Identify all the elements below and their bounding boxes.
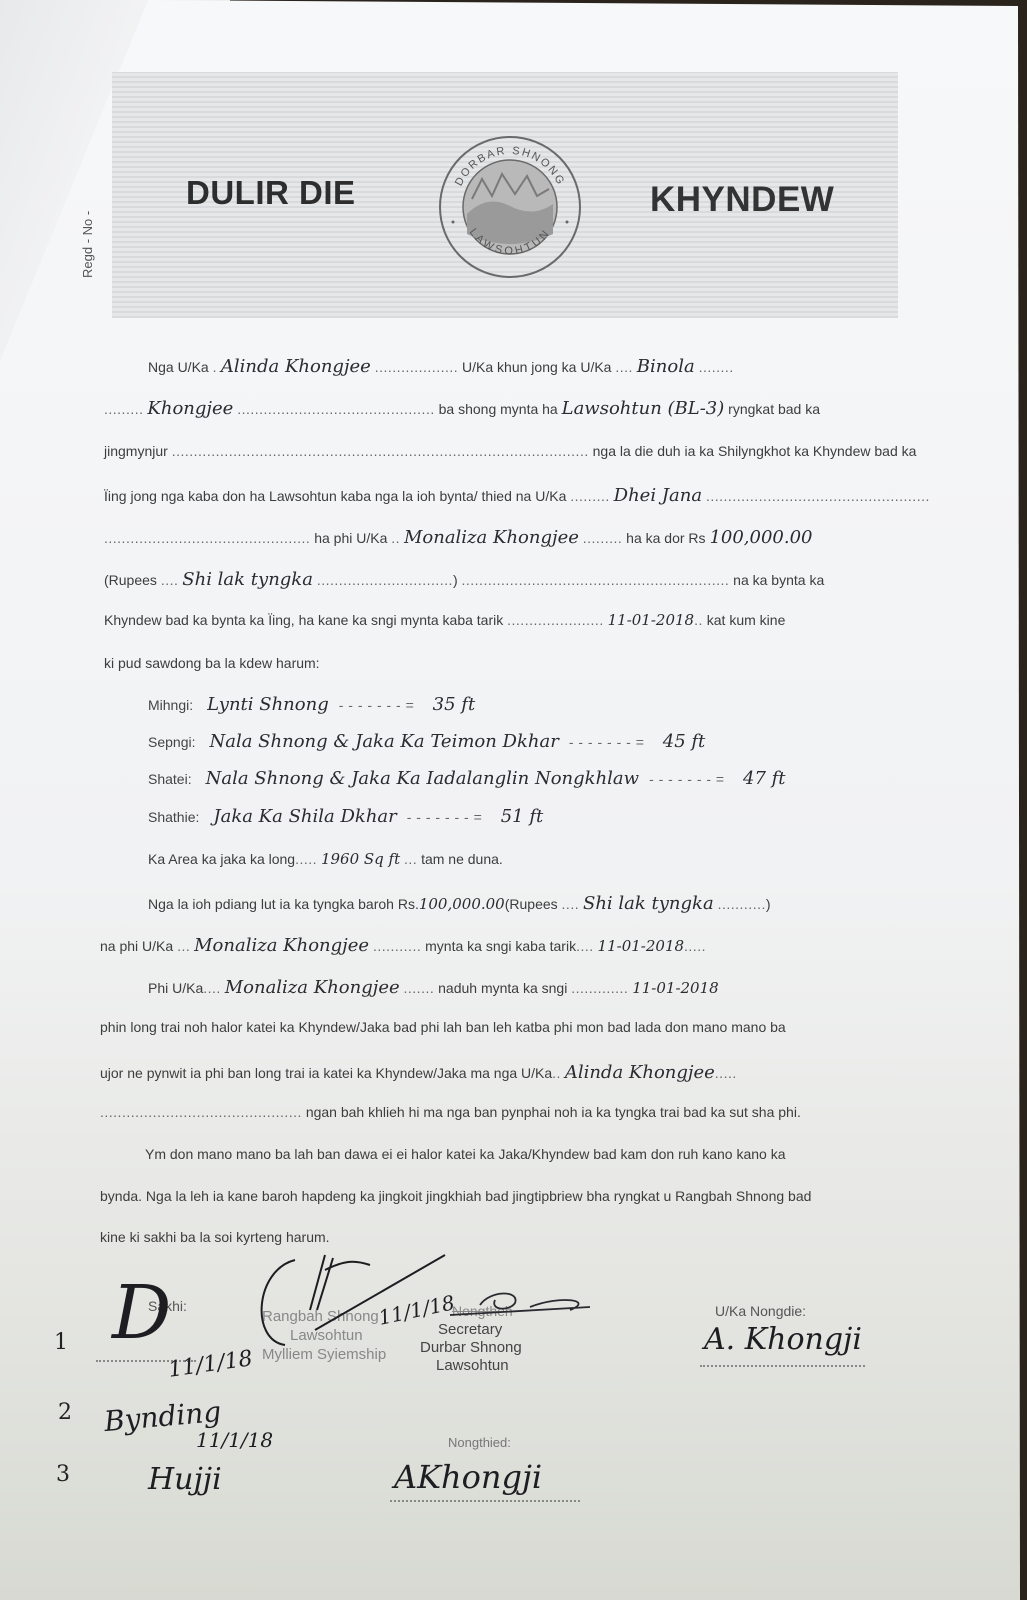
nongthied-label: Nongthied: — [448, 1435, 511, 1450]
amount-field[interactable]: 100,000.00 — [419, 895, 505, 913]
nongdie-signature: A. Khongji — [704, 1322, 862, 1357]
line-seller: Nga U/Ka . Alinda Khongjee .............… — [148, 356, 734, 377]
boundary-row: Sepngi:Nala Shnong & Jaka Ka Teimon Dkha… — [148, 731, 705, 752]
secretary-place-label: Lawsohtun — [436, 1357, 509, 1374]
secretary-signature — [420, 1285, 600, 1325]
line-ki-pud: ki pud sawdong ba la kdew harum: — [104, 655, 320, 671]
boundary-label: Mihngi: — [148, 697, 193, 713]
address-field[interactable]: Lawsohtun (BL-3) — [562, 398, 725, 419]
amount-words-field[interactable]: Shi lak tyngka — [583, 893, 714, 914]
boundary-measure-field[interactable]: 45 ft — [663, 731, 706, 752]
parent-first-name-field[interactable]: Binola — [637, 356, 695, 377]
nongthied-line — [390, 1500, 580, 1502]
secretary-label: Secretary — [438, 1321, 502, 1338]
boundary-value-field[interactable]: Nala Shnong & Jaka Ka Iadalanglin Nongkh… — [206, 768, 639, 789]
price-field[interactable]: 100,000.00 — [709, 527, 812, 548]
area-field[interactable]: 1960 Sq ft — [321, 850, 400, 868]
boundary-value-field[interactable]: Lynti Shnong — [207, 694, 329, 715]
witness-number-2: 2 — [58, 1400, 72, 1425]
witness-number-1: 1 — [54, 1330, 68, 1355]
boundary-label: Sepngi: — [148, 734, 195, 750]
price-words-field[interactable]: Shi lak tyngka — [182, 569, 313, 590]
buyer-name-field-3[interactable]: Monaliza Khongjee — [225, 977, 400, 998]
source-name-field[interactable]: Dhei Jana — [614, 485, 702, 506]
parent-last-name-field[interactable]: Khongjee — [147, 398, 233, 419]
line-address: ......... Khongjee .....................… — [104, 398, 820, 419]
secretary-org-label: Durbar Shnong — [420, 1339, 522, 1356]
seller-name-field-2[interactable]: Alinda Khongjee — [565, 1062, 715, 1083]
line-ujor: ujor ne pynwit ia phi ban long trai ia k… — [100, 1062, 737, 1083]
witness-2-date: 11/1/18 — [196, 1428, 273, 1452]
nongthied-signature: AKhongji — [394, 1458, 542, 1496]
witness-3-signature: Hujji — [148, 1462, 222, 1497]
sale-date-field[interactable]: 11-01-2018 — [608, 611, 694, 629]
boundary-value-field[interactable]: Nala Shnong & Jaka Ka Teimon Dkhar — [209, 731, 558, 752]
boundary-row: Shatei:Nala Shnong & Jaka Ka Iadalanglin… — [148, 768, 786, 789]
line-rupees: (Rupees .... Shi lak tyngka ............… — [104, 569, 824, 590]
boundary-value-field[interactable]: Jaka Ka Shila Dkhar — [213, 806, 396, 827]
line-p3-3: kine ki sakhi ba la soi kyrteng harum. — [100, 1229, 330, 1245]
buyer-name-field[interactable]: Monaliza Khongjee — [404, 527, 579, 548]
witness-1-signature: D — [112, 1270, 171, 1356]
line-area: Ka Area ka jaka ka long..... 1960 Sq ft … — [148, 850, 503, 868]
seller-name-field[interactable]: Alinda Khongjee — [221, 356, 371, 377]
witness-number-3: 3 — [56, 1462, 70, 1487]
nongdie-label: U/Ka Nongdie: — [715, 1303, 806, 1319]
line-ling-jong: Ïing jong nga kaba don ha Lawsohtun kaba… — [104, 485, 930, 506]
boundary-label: Shathie: — [148, 809, 199, 825]
dorbar-shnong-seal-icon: DORBAR SHNONG LAWSOHTUN — [437, 134, 583, 280]
boundary-row: Mihngi:Lynti Shnong- - - - - - - = 35 ft — [148, 694, 475, 715]
line-received: Nga la ioh pdiang lut ia ka tyngka baroh… — [148, 893, 771, 914]
line-phi-uka: Phi U/Ka.... Monaliza Khongjee ....... n… — [148, 977, 719, 998]
buyer-name-field-2[interactable]: Monaliza Khongjee — [194, 935, 369, 956]
regd-no-label: Regd - No - — [80, 211, 95, 278]
line-buyer: ........................................… — [104, 527, 813, 548]
received-date-field[interactable]: 11-01-2018 — [598, 937, 684, 955]
line-khyndew-date: Khyndew bad ka bynta ka Ïing, ha kane ka… — [104, 611, 785, 629]
line-p3-1: Ym don mano mano ba lah ban dawa ei ei h… — [145, 1146, 786, 1162]
line-ngan-bah: ........................................… — [100, 1104, 801, 1120]
line-jingmynjur: jingmynjur .............................… — [104, 443, 916, 459]
nongdie-line — [700, 1365, 865, 1367]
title-dulir-die: DULIR DIE — [186, 174, 356, 212]
boundary-label: Shatei: — [148, 771, 192, 787]
line-phin-long: phin long trai noh halor katei ka Khynde… — [100, 1019, 786, 1035]
line-p3-2: bynda. Nga la leh ia kane baroh hapdeng … — [100, 1188, 811, 1204]
boundary-measure-field[interactable]: 47 ft — [743, 768, 786, 789]
title-khyndew: KHYNDEW — [650, 180, 834, 220]
boundary-measure-field[interactable]: 35 ft — [433, 694, 476, 715]
line-from-buyer: na phi U/Ka ... Monaliza Khongjee ......… — [100, 935, 706, 956]
boundary-row: Shathie:Jaka Ka Shila Dkhar- - - - - - -… — [148, 806, 543, 827]
ownership-date-field[interactable]: 11-01-2018 — [632, 979, 718, 997]
boundary-measure-field[interactable]: 51 ft — [501, 806, 544, 827]
